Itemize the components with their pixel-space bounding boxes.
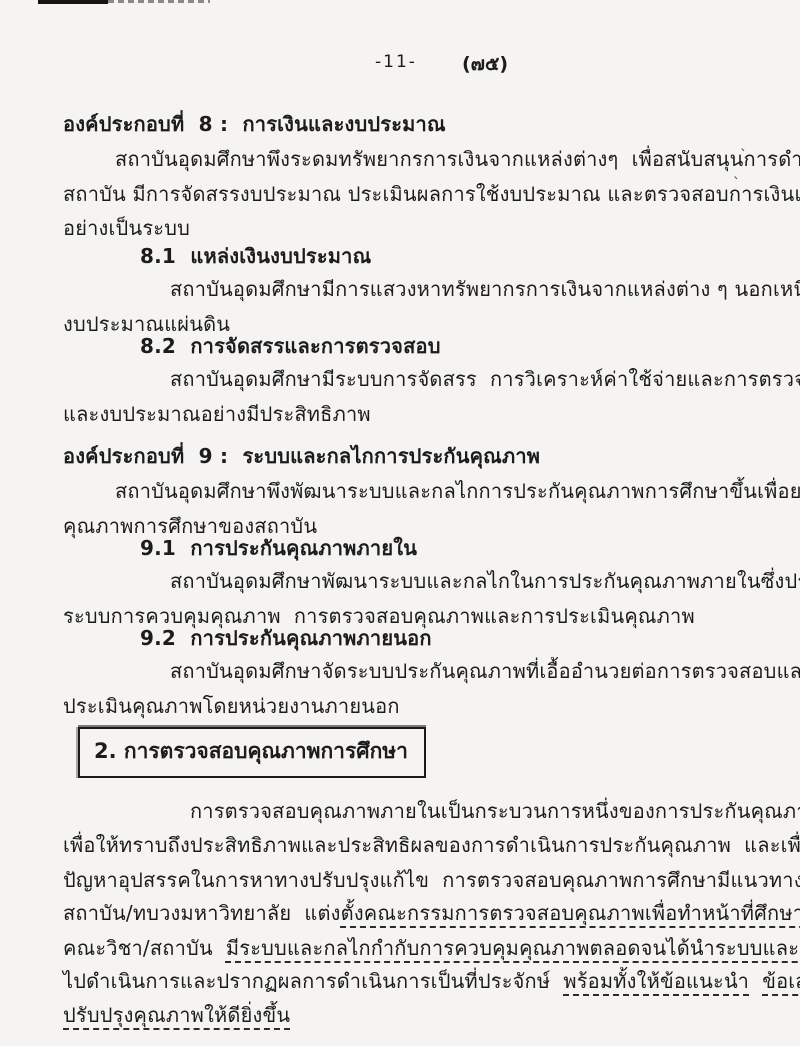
section9-2-heading: 9.2 การประกันคุณภาพภายนอก <box>140 623 432 653</box>
line3-text: ปัญหาอุปสรรคในการหาทางปรับปรุงแก้ไข การต… <box>63 868 800 892</box>
section8-2-line1: สถาบันอุดมศึกษามีระบบการจัดสรร การวิเครา… <box>170 364 800 394</box>
section2-para-line4: สถาบัน/ทบวงมหาวิทยาลัย แต่งตั้งคณะกรรมกา… <box>63 898 800 928</box>
section8-1-line1: สถาบันอุดมศึกษามีการแสวงหาทรัพยากรการเงิ… <box>170 274 800 304</box>
section2-para-line5: คณะวิชา/สถาบัน มีระบบและกลไกกำกับการควบค… <box>63 933 800 963</box>
line6-underlined-text-1: พร้อมทั้งให้ข้อแนะนำ <box>563 969 749 993</box>
line6-separator <box>749 969 762 993</box>
page-number-thai: (๗๕) <box>462 49 508 79</box>
section9-intro-line1: สถาบันอุดมศึกษาพึงพัฒนาระบบและกลไกการประ… <box>115 476 800 506</box>
line6-text: ไปดำเนินการและปรากฏผลการดำเนินการเป็นที่… <box>63 969 563 993</box>
section9-1-line1: สถาบันอุดมศึกษาพัฒนาระบบและกลไกในการประก… <box>170 566 800 596</box>
section2-para-line7: ปรับปรุงคุณภาพให้ดียิ่งขึ้น <box>63 1000 290 1030</box>
scan-artifact-bar <box>38 0 108 4</box>
scan-artifact-dashes <box>108 0 210 3</box>
line7-underlined-text: ปรับปรุงคุณภาพให้ดียิ่งขึ้น <box>63 1003 290 1027</box>
scanned-document-page: ` ` -11- (๗๕) องค์ประกอบที่ 8 : การเงินแ… <box>0 0 800 1046</box>
section2-boxed-heading: 2. การตรวจสอบคุณภาพการศึกษา <box>78 727 426 778</box>
section8-heading: องค์ประกอบที่ 8 : การเงินและงบประมาณ <box>63 109 446 139</box>
section2-para-line2: เพื่อให้ทราบถึงประสิทธิภาพและประสิทธิผลข… <box>63 830 800 860</box>
section9-2-line2: ประเมินคุณภาพโดยหน่วยงานภายนอก <box>63 691 400 721</box>
section9-2-line1: สถาบันอุดมศึกษาจัดระบบประกันคุณภาพที่เอื… <box>170 656 800 686</box>
line4-text: สถาบัน/ทบวงมหาวิทยาลัย แต่ง <box>63 901 341 925</box>
section2-para-line1: การตรวจสอบคุณภาพภายในเป็นกระบวนการหนึ่งข… <box>190 796 800 826</box>
section8-intro-line3: อย่างเป็นระบบ <box>63 213 190 243</box>
line5-text: คณะวิชา/สถาบัน <box>63 936 226 960</box>
page-number: -11- <box>375 52 417 72</box>
section8-2-line2: และงบประมาณอย่างมีประสิทธิภาพ <box>63 399 371 429</box>
section2-para-line3: ปัญหาอุปสรรคในการหาทางปรับปรุงแก้ไข การต… <box>63 865 800 895</box>
line6-underlined-text-2: ข้อเสนอแนะเพื่อการ <box>762 969 800 993</box>
line5-underlined-text: มีระบบและกลไกกำกับการควบคุมคุณภาพตลอดจนไ… <box>226 936 800 960</box>
line4-underlined-text: ตั้งคณะกรรมการตรวจสอบคุณภาพเพื่อทำหน้าที… <box>341 901 800 925</box>
section8-intro-line1: สถาบันอุดมศึกษาพึงระดมทรัพยากรการเงินจาก… <box>115 144 800 174</box>
section9-heading: องค์ประกอบที่ 9 : ระบบและกลไกการประกันคุ… <box>63 441 540 471</box>
section8-1-heading: 8.1 แหล่งเงินงบประมาณ <box>140 241 371 271</box>
section9-1-heading: 9.1 การประกันคุณภาพภายใน <box>140 533 417 563</box>
section2-para-line6: ไปดำเนินการและปรากฏผลการดำเนินการเป็นที่… <box>63 966 800 996</box>
section8-intro-line2: สถาบัน มีการจัดสรรงบประมาณ ประเมินผลการใ… <box>63 179 800 209</box>
section8-2-heading: 8.2 การจัดสรรและการตรวจสอบ <box>140 331 441 361</box>
